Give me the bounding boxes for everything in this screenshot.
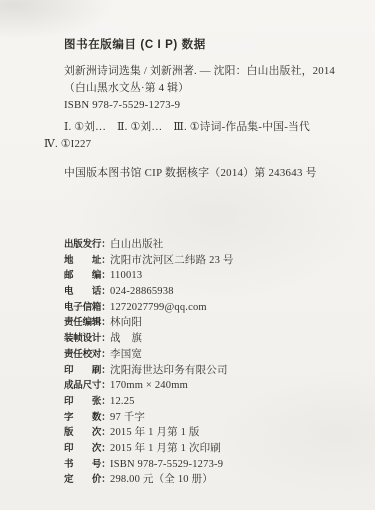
cip-isbn-line: ISBN 978-7-5529-1273-9	[64, 97, 335, 114]
colophon-row: 责任校对： 李国宽	[64, 347, 234, 363]
cip-classification-line: Ⅰ. ①刘… Ⅱ. ①刘… Ⅲ. ①诗词-作品集-中国-当代	[44, 119, 310, 136]
colophon-row: 成品尺寸： 170mm × 240mm	[64, 378, 234, 394]
colophon-row-value: 白山出版社	[110, 237, 164, 253]
cip-description-block: 刘新洲诗词选集 / 刘新洲著. — 沈阳：白山出版社，2014 （白山黑水文丛·…	[64, 63, 335, 113]
colophon-block: 出版发行： 白山出版社 地 址： 沈阳市沈河区二纬路 23 号 邮 编： 110…	[64, 237, 234, 488]
colophon-row-label: 印 张：	[64, 394, 110, 410]
colophon-row-value: 2015 年 1 月第 1 版	[110, 425, 200, 441]
colophon-row-value: 298.00 元（全 10 册）	[110, 472, 213, 488]
colophon-row: 出版发行： 白山出版社	[64, 237, 234, 253]
colophon-row-value: 沈阳海世达印务有限公司	[110, 363, 228, 379]
colophon-row-value: ISBN 978-7-5529-1273-9	[110, 457, 223, 473]
colophon-row-value: 024-28865938	[110, 284, 174, 300]
colophon-row: 邮 编： 110013	[64, 268, 234, 284]
colophon-row-label: 版 次：	[64, 425, 110, 441]
colophon-row-label: 书 号：	[64, 457, 110, 473]
cip-description-line: 刘新洲诗词选集 / 刘新洲著. — 沈阳：白山出版社，2014	[64, 63, 335, 80]
colophon-row: 定 价： 298.00 元（全 10 册）	[64, 472, 234, 488]
colophon-row: 装帧设计： 战 旗	[64, 331, 234, 347]
colophon-row-label: 装帧设计：	[64, 331, 110, 347]
colophon-row-label: 邮 编：	[64, 268, 110, 284]
colophon-row-label: 字 数：	[64, 410, 110, 426]
scanned-copyright-page: 图书在版编目 (C I P) 数据 刘新洲诗词选集 / 刘新洲著. — 沈阳：白…	[0, 0, 375, 510]
colophon-row: 地 址： 沈阳市沈河区二纬路 23 号	[64, 253, 234, 269]
colophon-row: 版 次： 2015 年 1 月第 1 版	[64, 425, 234, 441]
colophon-row-label: 地 址：	[64, 253, 110, 269]
colophon-row-label: 电子信箱：	[64, 300, 110, 316]
colophon-row: 字 数： 97 千字	[64, 410, 234, 426]
colophon-row-label: 成品尺寸：	[64, 378, 110, 394]
cip-classification-block: Ⅰ. ①刘… Ⅱ. ①刘… Ⅲ. ①诗词-作品集-中国-当代 Ⅳ. ①I227	[44, 119, 310, 152]
colophon-row: 印 张： 12.25	[64, 394, 234, 410]
colophon-row-value: 170mm × 240mm	[110, 378, 188, 394]
colophon-row: 电 话： 024-28865938	[64, 284, 234, 300]
colophon-row-label: 印 刷：	[64, 363, 110, 379]
colophon-row-label: 责任编辑：	[64, 315, 110, 331]
colophon-row-value: 12.25	[110, 394, 135, 410]
colophon-row-value: 110013	[110, 268, 142, 284]
cip-record-number: 中国版本图书馆 CIP 数据核字（2014）第 243643 号	[64, 165, 317, 180]
colophon-row-label: 定 价：	[64, 472, 110, 488]
colophon-row-label: 印 次：	[64, 441, 110, 457]
colophon-row: 印 刷： 沈阳海世达印务有限公司	[64, 363, 234, 379]
colophon-row-label: 电 话：	[64, 284, 110, 300]
colophon-row: 责任编辑： 林向阳	[64, 315, 234, 331]
colophon-row-label: 出版发行：	[64, 237, 110, 253]
colophon-row-value: 2015 年 1 月第 1 次印刷	[110, 441, 221, 457]
colophon-row: 书 号： ISBN 978-7-5529-1273-9	[64, 457, 234, 473]
cip-title: 图书在版编目 (C I P) 数据	[64, 36, 206, 52]
colophon-row-value: 97 千字	[110, 410, 145, 426]
colophon-row-value: 战 旗	[110, 331, 142, 347]
cip-description-line: （白山黑水文丛·第 4 辑）	[64, 80, 335, 97]
colophon-row: 印 次： 2015 年 1 月第 1 次印刷	[64, 441, 234, 457]
colophon-row: 电子信箱： 1272027799@qq.com	[64, 300, 234, 316]
colophon-row-value: 1272027799@qq.com	[110, 300, 207, 316]
colophon-row-label: 责任校对：	[64, 347, 110, 363]
cip-classification-line: Ⅳ. ①I227	[44, 136, 310, 153]
colophon-row-value: 李国宽	[110, 347, 142, 363]
colophon-row-value: 林向阳	[110, 315, 142, 331]
colophon-row-value: 沈阳市沈河区二纬路 23 号	[110, 253, 234, 269]
